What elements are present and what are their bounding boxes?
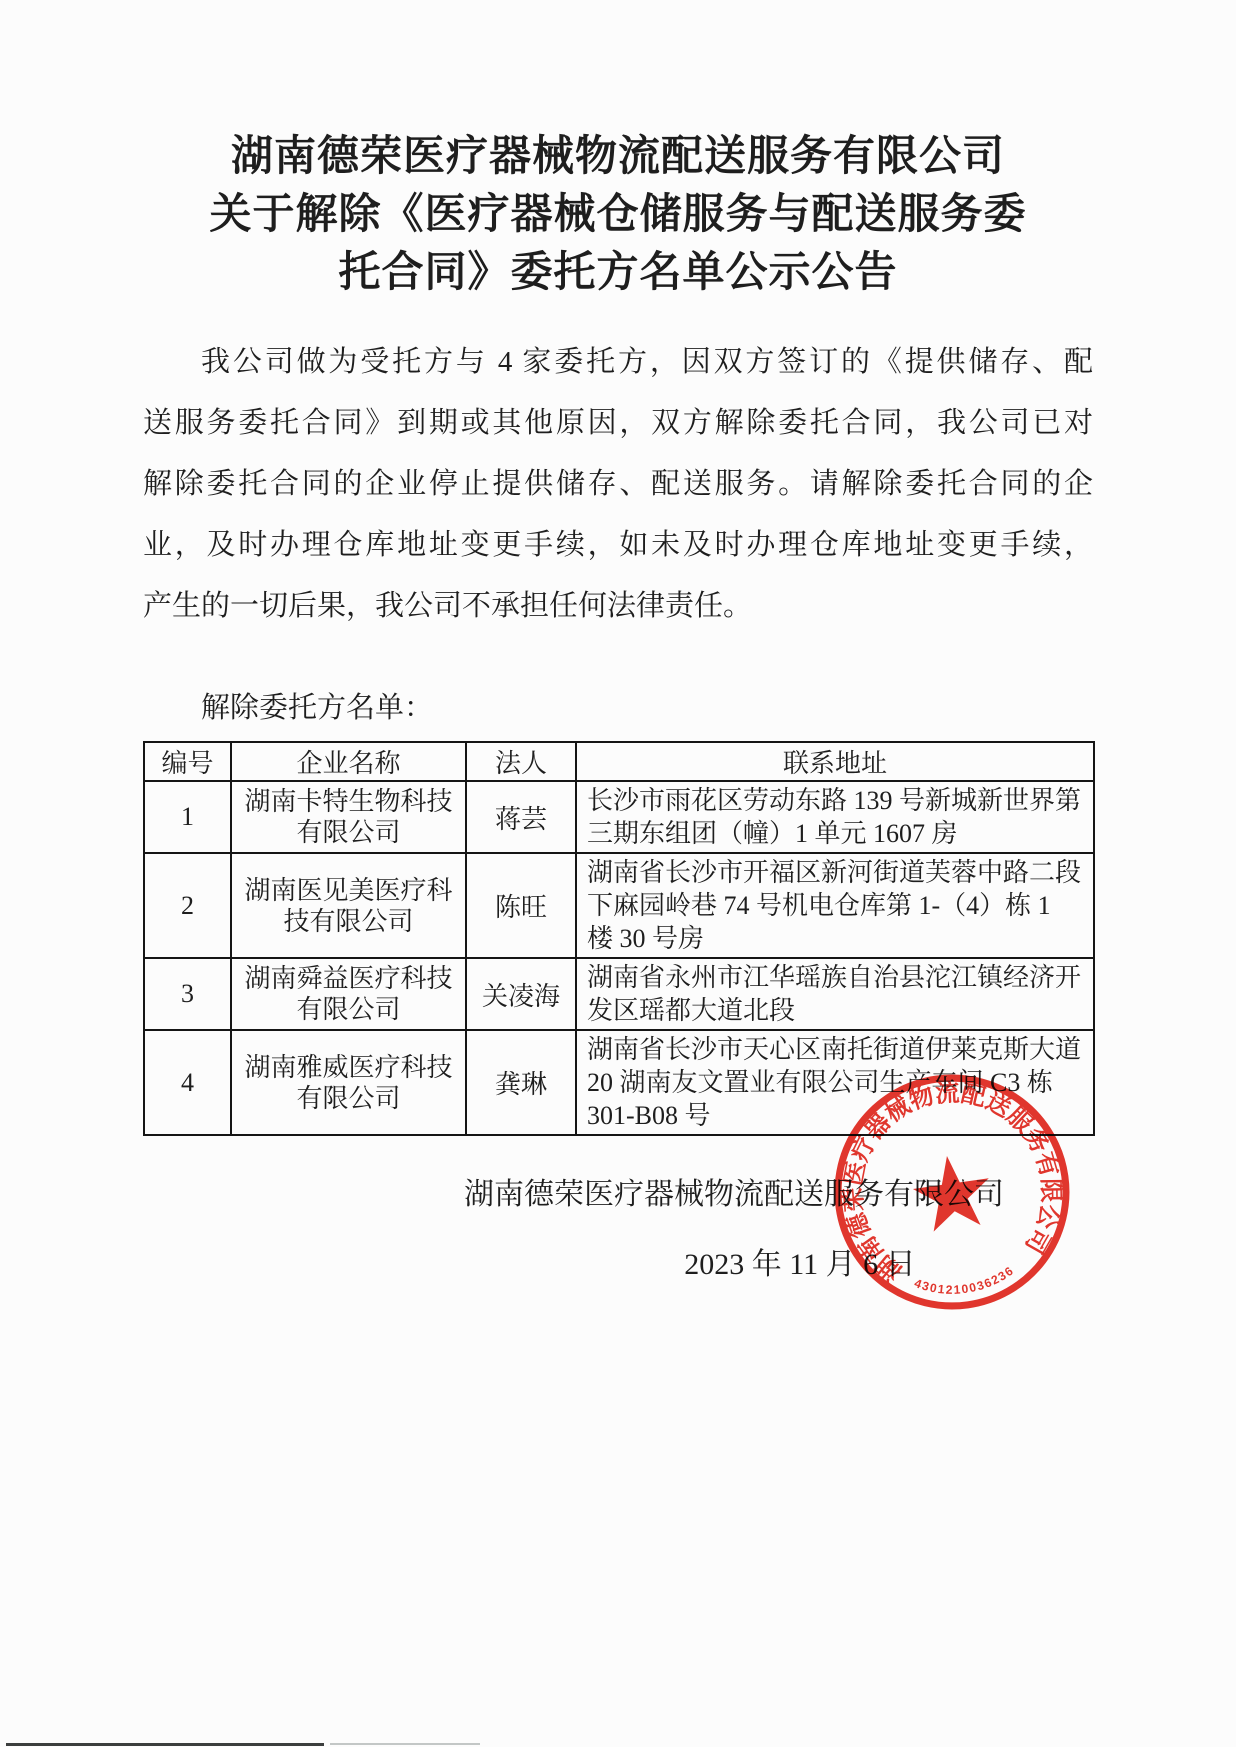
title-line: 湖南德荣医疗器械物流配送服务有限公司	[140, 128, 1096, 186]
document-title: 湖南德荣医疗器械物流配送服务有限公司 关于解除《医疗器械仓储服务与配送服务委 托…	[140, 128, 1096, 302]
signature-company-name: 湖南德荣医疗器械物流配送服务有限公司	[0, 1176, 1004, 1214]
cell-address: 长沙市雨花区劳动东路 139 号新城新世界第三期东组团（幢）1 单元 1607 …	[576, 781, 1094, 853]
signature-date: 2023 年 11 月 6 日	[560, 1246, 1040, 1284]
body-line: 解除委托合同的企业停止提供储存、配送服务。请解除委托合同的企	[143, 454, 1093, 515]
body-line: 我公司做为受托方与 4 家委托方，因双方签订的《提供储存、配	[143, 332, 1093, 393]
cell-no: 1	[144, 781, 231, 853]
title-line: 关于解除《医疗器械仓储服务与配送服务委	[140, 186, 1096, 244]
scan-artifact-line	[6, 1743, 324, 1746]
table-row: 4 湖南雅威医疗科技有限公司 龚琳 湖南省长沙市天心区南托街道伊莱克斯大道 20…	[144, 1030, 1094, 1135]
cell-company: 湖南卡特生物科技有限公司	[231, 781, 466, 853]
cell-address: 湖南省长沙市天心区南托街道伊莱克斯大道 20 湖南友文置业有限公司生产车间 C3…	[576, 1030, 1094, 1135]
header-company: 企业名称	[231, 742, 466, 781]
body-line: 产生的一切后果，我公司不承担任何法律责任。	[143, 576, 1093, 637]
scan-artifact-line-faint	[330, 1743, 480, 1745]
header-legal: 法人	[466, 742, 576, 781]
cell-company: 湖南雅威医疗科技有限公司	[231, 1030, 466, 1135]
table-row: 3 湖南舜益医疗科技有限公司 关凌海 湖南省永州市江华瑶族自治县沱江镇经济开发区…	[144, 958, 1094, 1030]
cell-legal: 关凌海	[466, 958, 576, 1030]
cell-company: 湖南医见美医疗科技有限公司	[231, 853, 466, 958]
header-address: 联系地址	[576, 742, 1094, 781]
cell-address: 湖南省长沙市开福区新河街道芙蓉中路二段下麻园岭巷 74 号机电仓库第 1-（4）…	[576, 853, 1094, 958]
cell-company: 湖南舜益医疗科技有限公司	[231, 958, 466, 1030]
title-line: 托合同》委托方名单公示公告	[140, 244, 1096, 302]
document-page: 湖南德荣医疗器械物流配送服务有限公司 关于解除《医疗器械仓储服务与配送服务委 托…	[0, 0, 1236, 1747]
cell-no: 2	[144, 853, 231, 958]
cell-address: 湖南省永州市江华瑶族自治县沱江镇经济开发区瑶都大道北段	[576, 958, 1094, 1030]
list-label: 解除委托方名单：	[201, 691, 1093, 725]
announcement-body: 我公司做为受托方与 4 家委托方，因双方签订的《提供储存、配 送服务委托合同》到…	[143, 332, 1093, 637]
table-header: 编号 企业名称 法人 联系地址	[144, 742, 1094, 781]
cell-legal: 陈旺	[466, 853, 576, 958]
body-line: 业，及时办理仓库地址变更手续，如未及时办理仓库地址变更手续，	[143, 515, 1093, 576]
header-no: 编号	[144, 742, 231, 781]
body-line: 送服务委托合同》到期或其他原因，双方解除委托合同，我公司已对	[143, 393, 1093, 454]
cell-legal: 龚琳	[466, 1030, 576, 1135]
cell-legal: 蒋芸	[466, 781, 576, 853]
cell-no: 3	[144, 958, 231, 1030]
table-row: 1 湖南卡特生物科技有限公司 蒋芸 长沙市雨花区劳动东路 139 号新城新世界第…	[144, 781, 1094, 853]
table-row: 2 湖南医见美医疗科技有限公司 陈旺 湖南省长沙市开福区新河街道芙蓉中路二段下麻…	[144, 853, 1094, 958]
terminated-parties-table: 编号 企业名称 法人 联系地址 1 湖南卡特生物科技有限公司 蒋芸 长沙市雨花区…	[143, 741, 1095, 1136]
cell-no: 4	[144, 1030, 231, 1135]
